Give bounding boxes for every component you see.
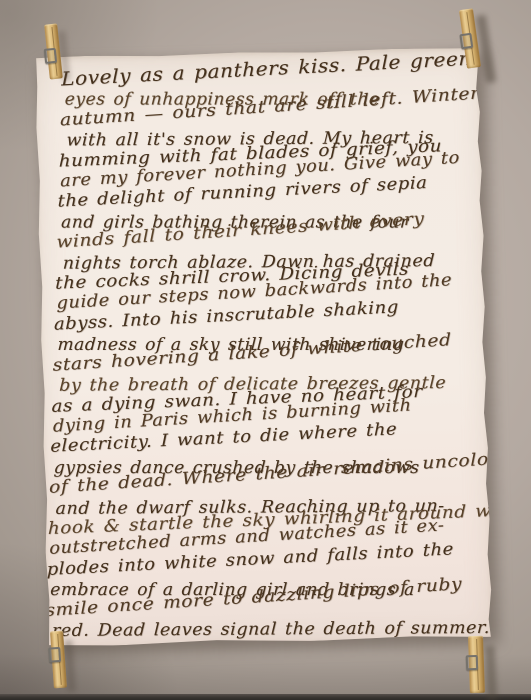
poem-line: autumn — ours that are still left. Winte…: [60, 80, 493, 131]
paper-sheet: Lovely as a panthers kiss. Pale green ey…: [34, 47, 492, 647]
photo-bottom-edge: [0, 694, 531, 700]
photo-scene: Lovely as a panthers kiss. Pale green ey…: [0, 0, 531, 700]
poem-line: winds fall to their knees with every: [56, 203, 492, 254]
clothespin-spring: [48, 647, 61, 663]
clothespin-bottom-right: [468, 636, 485, 693]
clothespin-spring: [44, 48, 58, 64]
poem-line: of the dead. Where the air remains uncol…: [49, 448, 493, 499]
clothespin-spring: [459, 32, 473, 49]
poem-line: stars hovering a lake of white touched: [53, 325, 493, 376]
clothespin-spring: [466, 655, 479, 670]
handwritten-poem: Lovely as a panthers kiss. Pale green ey…: [45, 60, 491, 641]
poem-line: smile once more to dazzling lips of ruby: [45, 570, 492, 621]
